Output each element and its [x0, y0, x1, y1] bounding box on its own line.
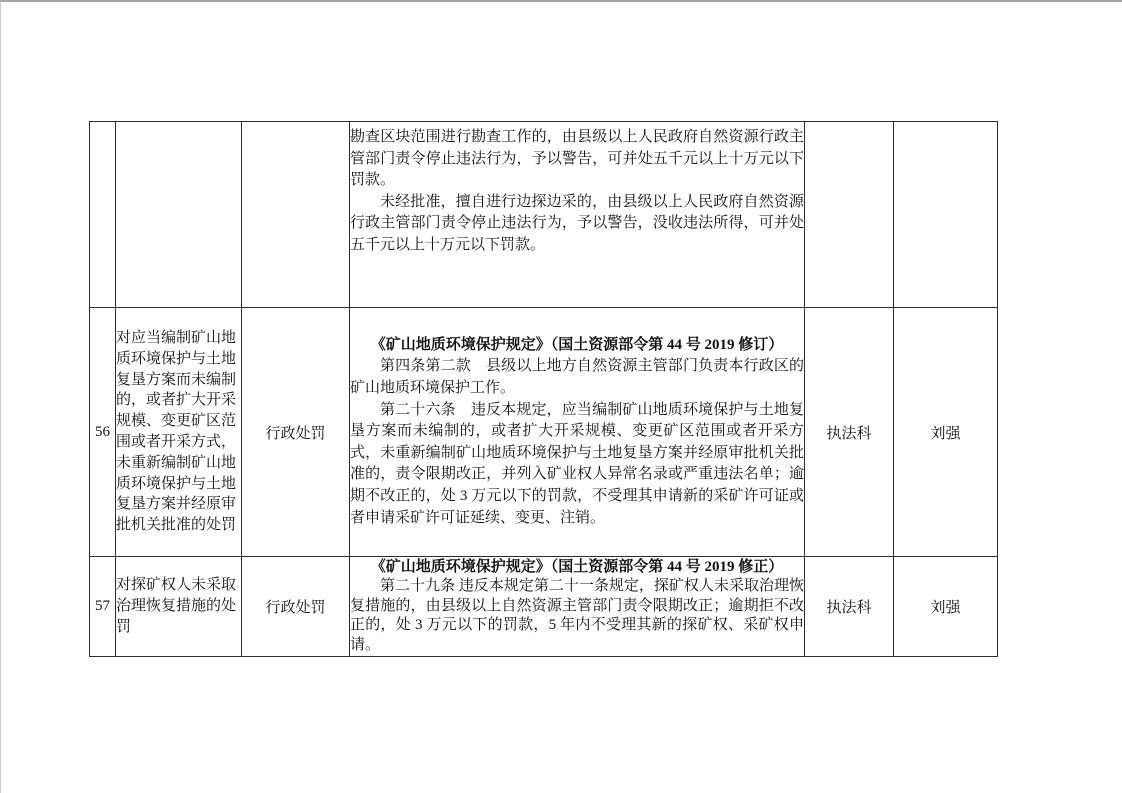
legal-basis-cell: 《矿山地质环境保护规定》（国土资源部令第 44 号 2019 修正） 第二十九条… — [350, 557, 805, 657]
regulation-table: 勘查区块范围进行勘查工作的，由县级以上人民政府自然资源行政主管部门责令停止违法行… — [89, 121, 998, 657]
department-cell: 执法科 — [805, 308, 894, 557]
row-number-cell: 57 — [90, 557, 116, 657]
row-number-cell — [90, 122, 116, 308]
table-row: 57 对探矿权人未采取治理恢复措施的处罚 行政处罚 《矿山地质环境保护规定》（国… — [90, 557, 998, 657]
table-row: 56 对应当编制矿山地质环境保护与土地复垦方案而未编制的，或者扩大开采规模、变更… — [90, 308, 998, 557]
basis-paragraph: 勘查区块范围进行勘查工作的，由县级以上人民政府自然资源行政主管部门责令停止违法行… — [350, 127, 804, 192]
item-cell: 对探矿权人未采取治理恢复措施的处罚 — [116, 557, 242, 657]
department-cell — [805, 122, 894, 308]
legal-basis-cell: 《矿山地质环境保护规定》（国土资源部令第 44 号 2019 修订） 第四条第二… — [350, 308, 805, 557]
basis-title: 《矿山地质环境保护规定》（国土资源部令第 44 号 2019 修订） — [350, 335, 804, 357]
person-cell — [894, 122, 998, 308]
basis-paragraph: 未经批准，擅自进行边探边采的，由县级以上人民政府自然资源行政主管部门责令停止违法… — [350, 192, 804, 257]
row-number-cell: 56 — [90, 308, 116, 557]
table-row: 勘查区块范围进行勘查工作的，由县级以上人民政府自然资源行政主管部门责令停止违法行… — [90, 122, 998, 308]
basis-paragraph: 第二十九条 违反本规定第二十一条规定，探矿权人未采取治理恢复措施的，由县级以上自… — [350, 577, 804, 655]
penalty-type-cell — [242, 122, 350, 308]
item-cell: 对应当编制矿山地质环境保护与土地复垦方案而未编制的，或者扩大开采规模、变更矿区范… — [116, 308, 242, 557]
legal-basis-cell: 勘查区块范围进行勘查工作的，由县级以上人民政府自然资源行政主管部门责令停止违法行… — [350, 122, 805, 308]
item-cell — [116, 122, 242, 308]
penalty-type-cell: 行政处罚 — [242, 557, 350, 657]
department-cell: 执法科 — [805, 557, 894, 657]
penalty-type-cell: 行政处罚 — [242, 308, 350, 557]
person-cell: 刘强 — [894, 557, 998, 657]
basis-title: 《矿山地质环境保护规定》（国土资源部令第 44 号 2019 修正） — [350, 558, 804, 577]
document-page: 勘查区块范围进行勘查工作的，由县级以上人民政府自然资源行政主管部门责令停止违法行… — [0, 0, 1122, 793]
basis-paragraph: 第二十六条 违反本规定，应当编制矿山地质环境保护与土地复垦方案而未编制的，或者扩… — [350, 400, 804, 530]
basis-paragraph: 第四条第二款 县级以上地方自然资源主管部门负责本行政区的矿山地质环境保护工作。 — [350, 356, 804, 399]
person-cell: 刘强 — [894, 308, 998, 557]
